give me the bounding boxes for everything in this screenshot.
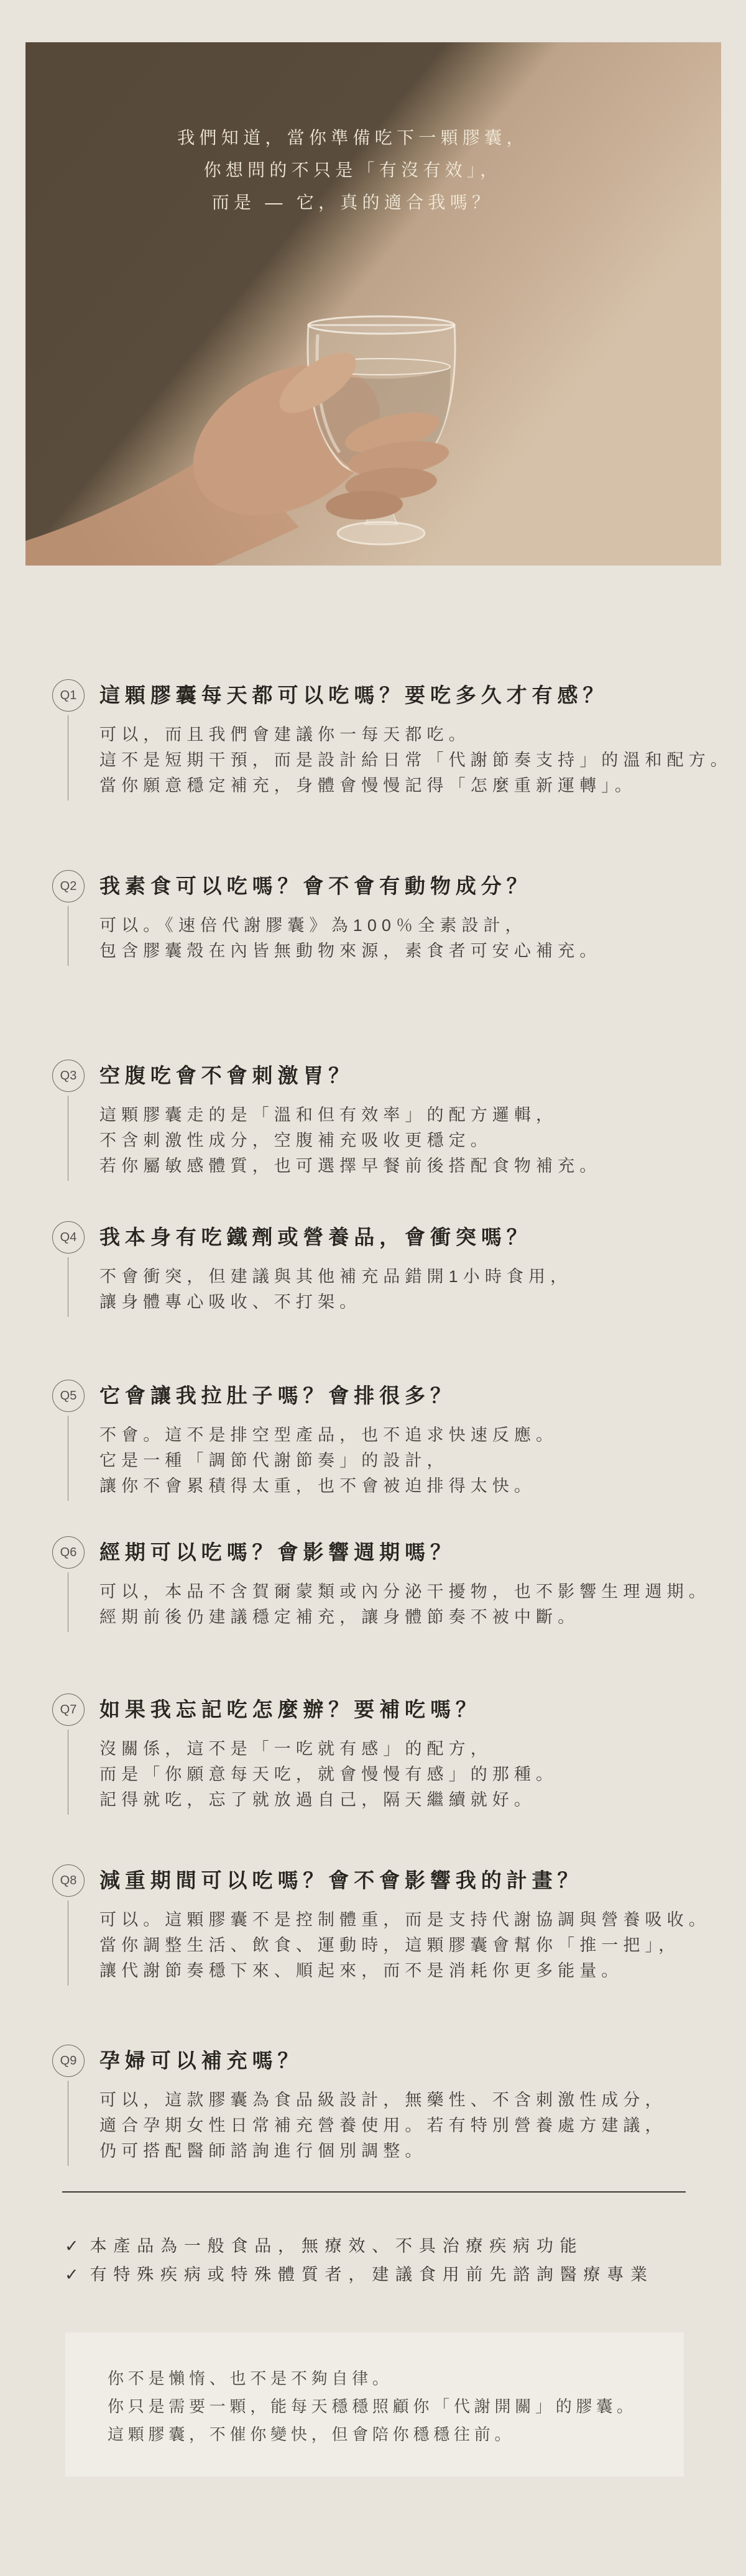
connector-line bbox=[68, 1730, 68, 1815]
question-number: Q2 bbox=[60, 879, 77, 894]
question-number-badge: Q1 bbox=[52, 679, 85, 712]
closing-line: 你不是懶惰、也不是不夠自律。 bbox=[108, 2365, 684, 2393]
connector-line bbox=[68, 906, 68, 966]
question-number: Q4 bbox=[60, 1231, 77, 1245]
question-number: Q7 bbox=[60, 1703, 77, 1717]
checkmark-icon: ✓ bbox=[65, 2232, 79, 2260]
question-answer: 不會衝突，但建議與其他補充品錯開1小時食用， 讓身體專心吸收、不打架。 bbox=[99, 1264, 746, 1315]
question-number: Q1 bbox=[60, 689, 77, 703]
question-title: 這顆膠囊每天都可以吃嗎？要吃多久才有感？ bbox=[99, 679, 746, 712]
answer-line: 而是「你願意每天吃，就會慢慢有感」的那種。 bbox=[99, 1762, 746, 1787]
question-title: 如果我忘記吃怎麼辦？要補吃嗎？ bbox=[99, 1694, 746, 1726]
disclaimer-item: ✓ 有特殊疾病或特殊體質者，建議食用前先諮詢醫療專業 bbox=[65, 2260, 654, 2289]
disclaimer-item: ✓ 本產品為一般食品，無療效、不具治療疾病功能 bbox=[65, 2232, 654, 2260]
disclaimer-list: ✓ 本產品為一般食品，無療效、不具治療疾病功能 ✓ 有特殊疾病或特殊體質者，建議… bbox=[65, 2232, 654, 2289]
question-answer: 可以，這款膠囊為食品級設計，無藥性、不含刺激性成分， 適合孕期女性日常補充營養使… bbox=[99, 2088, 746, 2164]
question-number-badge: Q8 bbox=[52, 1864, 85, 1897]
question-answer: 不會。這不是排空型產品，也不追求快速反應。 它是一種「調節代謝節奏」的設計， 讓… bbox=[99, 1423, 746, 1499]
disclaimer-text: 本產品為一般食品，無療效、不具治療疾病功能 bbox=[90, 2232, 584, 2260]
question-number: Q5 bbox=[60, 1389, 77, 1403]
faq-item-q3: Q3 空腹吃會不會刺激胃？ 這顆膠囊走的是「溫和但有效率」的配方邏輯， 不含刺激… bbox=[0, 1060, 746, 1179]
faq-item-q9: Q9 孕婦可以補充嗎？ 可以，這款膠囊為食品級設計，無藥性、不含刺激性成分， 適… bbox=[0, 2045, 746, 2164]
closing-line: 這顆膠囊，不催你變快，但會陪你穩穩往前。 bbox=[108, 2421, 684, 2449]
question-answer: 可以，本品不含賀爾蒙類或內分泌干擾物，也不影響生理週期。 經期前後仍建議穩定補充… bbox=[99, 1579, 746, 1630]
answer-line: 讓身體專心吸收、不打架。 bbox=[99, 1290, 746, 1315]
connector-line bbox=[68, 715, 68, 800]
question-title: 我素食可以吃嗎？會不會有動物成分？ bbox=[99, 870, 746, 902]
question-number-badge: Q7 bbox=[52, 1694, 85, 1726]
question-answer: 可以，而且我們會建議你一每天都吃。 這不是短期干預，而是設計給日常「代謝節奏支持… bbox=[99, 722, 746, 799]
section-divider bbox=[62, 2191, 686, 2193]
answer-line: 不含刺激性成分，空腹補充吸收更穩定。 bbox=[99, 1128, 746, 1153]
answer-line: 它是一種「調節代謝節奏」的設計， bbox=[99, 1448, 746, 1474]
answer-line: 讓你不會累積得太重，也不會被迫排得太快。 bbox=[99, 1474, 746, 1499]
question-number: Q8 bbox=[60, 1874, 77, 1888]
answer-line: 可以，本品不含賀爾蒙類或內分泌干擾物，也不影響生理週期。 bbox=[99, 1579, 746, 1605]
checkmark-icon: ✓ bbox=[65, 2260, 79, 2289]
question-number-badge: Q5 bbox=[52, 1380, 85, 1412]
answer-line: 讓代謝節奏穩下來、順起來，而不是消耗你更多能量。 bbox=[99, 1958, 746, 1984]
answer-line: 這顆膠囊走的是「溫和但有效率」的配方邏輯， bbox=[99, 1102, 746, 1128]
glass-rim bbox=[308, 316, 454, 334]
question-number: Q9 bbox=[60, 2054, 77, 2068]
faq-item-q7: Q7 如果我忘記吃怎麼辦？要補吃嗎？ 沒關係，這不是「一吃就有感」的配方， 而是… bbox=[0, 1694, 746, 1813]
question-title: 減重期間可以吃嗎？會不會影響我的計畫？ bbox=[99, 1864, 746, 1897]
connector-line bbox=[68, 1416, 68, 1501]
disclaimer-text: 有特殊疾病或特殊體質者，建議食用前先諮詢醫療專業 bbox=[90, 2260, 654, 2289]
connector-line bbox=[68, 2081, 68, 2166]
answer-line: 可以，這款膠囊為食品級設計，無藥性、不含刺激性成分， bbox=[99, 2088, 746, 2113]
connector-line bbox=[68, 1257, 68, 1317]
closing-line: 你只是需要一顆，能每天穩穩照顧你「代謝開關」的膠囊。 bbox=[108, 2393, 684, 2421]
answer-line: 可以。《速倍代謝膠囊》為100％全素設計， bbox=[99, 913, 746, 938]
connector-line bbox=[68, 1572, 68, 1632]
answer-line: 記得就吃，忘了就放過自己，隔天繼續就好。 bbox=[99, 1787, 746, 1813]
question-number-badge: Q9 bbox=[52, 2045, 85, 2077]
hero-line: 你想問的不只是「有沒有效」， bbox=[25, 154, 680, 186]
answer-line: 當你願意穩定補充，身體會慢慢記得「怎麼重新運轉」。 bbox=[99, 773, 746, 799]
answer-line: 可以。這顆膠囊不是控制體重，而是支持代謝協調與營養吸收。 bbox=[99, 1907, 746, 1933]
question-answer: 沒關係，這不是「一吃就有感」的配方， 而是「你願意每天吃，就會慢慢有感」的那種。… bbox=[99, 1736, 746, 1813]
answer-line: 不會衝突，但建議與其他補充品錯開1小時食用， bbox=[99, 1264, 746, 1290]
product-faq-page: 我們知道，當你準備吃下一顆膠囊， 你想問的不只是「有沒有效」， 而是 — 它，真… bbox=[0, 0, 746, 2576]
answer-line: 沒關係，這不是「一吃就有感」的配方， bbox=[99, 1736, 746, 1762]
faq-item-q2: Q2 我素食可以吃嗎？會不會有動物成分？ 可以。《速倍代謝膠囊》為100％全素設… bbox=[0, 870, 746, 964]
faq-item-q6: Q6 經期可以吃嗎？會影響週期嗎？ 可以，本品不含賀爾蒙類或內分泌干擾物，也不影… bbox=[0, 1536, 746, 1630]
hero-image: 我們知道，當你準備吃下一顆膠囊， 你想問的不只是「有沒有效」， 而是 — 它，真… bbox=[25, 42, 721, 566]
glass-foot bbox=[338, 522, 425, 544]
question-number-badge: Q3 bbox=[52, 1060, 85, 1092]
question-number: Q3 bbox=[60, 1069, 77, 1083]
faq-item-q1: Q1 這顆膠囊每天都可以吃嗎？要吃多久才有感？ 可以，而且我們會建議你一每天都吃… bbox=[0, 679, 746, 799]
question-number: Q6 bbox=[60, 1546, 77, 1560]
answer-line: 若你屬敏感體質，也可選擇早餐前後搭配食物補充。 bbox=[99, 1153, 746, 1179]
closing-message-box: 你不是懶惰、也不是不夠自律。 你只是需要一顆，能每天穩穩照顧你「代謝開關」的膠囊… bbox=[65, 2332, 684, 2477]
answer-line: 仍可搭配醫師諮詢進行個別調整。 bbox=[99, 2138, 746, 2164]
hero-line: 而是 — 它，真的適合我嗎？ bbox=[25, 186, 680, 219]
faq-item-q5: Q5 它會讓我拉肚子嗎？會排很多？ 不會。這不是排空型產品，也不追求快速反應。 … bbox=[0, 1380, 746, 1499]
hero-line: 我們知道，當你準備吃下一顆膠囊， bbox=[25, 122, 680, 154]
question-title: 我本身有吃鐵劑或營養品，會衝突嗎？ bbox=[99, 1221, 746, 1254]
question-number-badge: Q2 bbox=[52, 870, 85, 902]
answer-line: 不會。這不是排空型產品，也不追求快速反應。 bbox=[99, 1423, 746, 1448]
question-title: 它會讓我拉肚子嗎？會排很多？ bbox=[99, 1380, 746, 1412]
question-answer: 可以。《速倍代謝膠囊》為100％全素設計， 包含膠囊殼在內皆無動物來源，素食者可… bbox=[99, 913, 746, 964]
connector-line bbox=[68, 1900, 68, 1986]
question-title: 空腹吃會不會刺激胃？ bbox=[99, 1060, 746, 1092]
answer-line: 包含膠囊殼在內皆無動物來源，素食者可安心補充。 bbox=[99, 938, 746, 964]
question-number-badge: Q6 bbox=[52, 1536, 85, 1569]
answer-line: 當你調整生活、飲食、運動時，這顆膠囊會幫你「推一把」， bbox=[99, 1933, 746, 1958]
question-title: 孕婦可以補充嗎？ bbox=[99, 2045, 746, 2077]
answer-line: 可以，而且我們會建議你一每天都吃。 bbox=[99, 722, 746, 748]
answer-line: 這不是短期干預，而是設計給日常「代謝節奏支持」的溫和配方。 bbox=[99, 748, 746, 773]
faq-item-q8: Q8 減重期間可以吃嗎？會不會影響我的計畫？ 可以。這顆膠囊不是控制體重，而是支… bbox=[0, 1864, 746, 1984]
answer-line: 經期前後仍建議穩定補充，讓身體節奏不被中斷。 bbox=[99, 1605, 746, 1630]
question-title: 經期可以吃嗎？會影響週期嗎？ bbox=[99, 1536, 746, 1569]
connector-line bbox=[68, 1096, 68, 1181]
hand-glass-photo bbox=[25, 42, 721, 566]
hero-tagline: 我們知道，當你準備吃下一顆膠囊， 你想問的不只是「有沒有效」， 而是 — 它，真… bbox=[25, 122, 680, 219]
question-answer: 這顆膠囊走的是「溫和但有效率」的配方邏輯， 不含刺激性成分，空腹補充吸收更穩定。… bbox=[99, 1102, 746, 1179]
answer-line: 適合孕期女性日常補充營養使用。若有特別營養處方建議， bbox=[99, 2113, 746, 2138]
faq-item-q4: Q4 我本身有吃鐵劑或營養品，會衝突嗎？ 不會衝突，但建議與其他補充品錯開1小時… bbox=[0, 1221, 746, 1315]
question-number-badge: Q4 bbox=[52, 1221, 85, 1254]
question-answer: 可以。這顆膠囊不是控制體重，而是支持代謝協調與營養吸收。 當你調整生活、飲食、運… bbox=[99, 1907, 746, 1984]
